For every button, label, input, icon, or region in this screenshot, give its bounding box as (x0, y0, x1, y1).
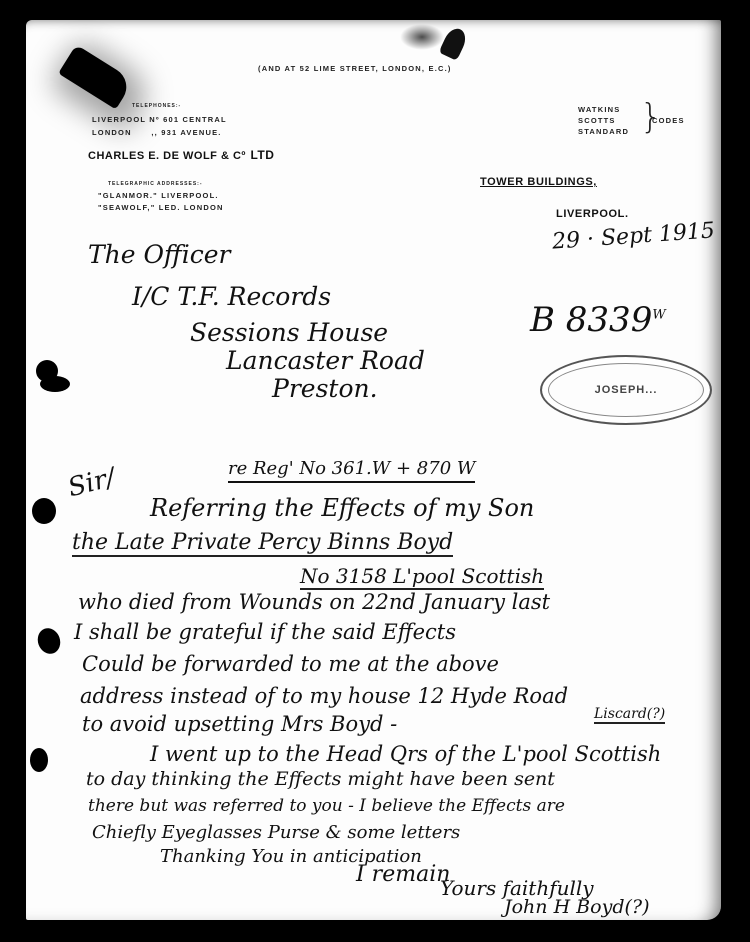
signature: John H Boyd(?) (504, 896, 650, 918)
reference-number: B 8339W (530, 300, 666, 340)
recipient-line: Sessions House (190, 318, 388, 347)
code-item: SCOTTS (578, 115, 629, 126)
letter-line: there but was referred to you - I believ… (88, 796, 565, 816)
letter-line: the Late Private Percy Binns Boyd (72, 530, 453, 555)
company-name: CHARLES E. DE WOLF & Cº LTD (88, 148, 275, 162)
city-name: LIVERPOOL. (556, 208, 629, 220)
letter-line: I shall be grateful if the said Effects (74, 620, 456, 644)
telephone-block: TELEPHONES:- LIVERPOOL Nº 601 CENTRAL LO… (92, 100, 227, 139)
letter-line-text: the Late Private Percy Binns Boyd (72, 530, 453, 557)
binder-hole (30, 748, 48, 772)
recipient-line: The Officer (88, 240, 230, 269)
telegraphic-liverpool: "GLANMOR." LIVERPOOL. (98, 190, 224, 202)
telephone-liverpool: LIVERPOOL Nº 601 CENTRAL (92, 113, 227, 126)
telephone-label: TELEPHONES:- (132, 100, 227, 113)
letter-line: address instead of to my house 12 Hyde R… (80, 684, 568, 708)
letter-line: Referring the Effects of my Son (150, 494, 534, 522)
telegraphic-london: "SEAWOLF," LED. LONDON (98, 202, 224, 214)
letter-line-text: No 3158 L'pool Scottish (300, 564, 544, 590)
closing-remain: I remain (356, 862, 450, 887)
letter-line: who died from Wounds on 22nd January las… (78, 590, 550, 614)
reference-suffix: W (652, 308, 665, 323)
reference-number-text: B 8339 (530, 300, 652, 340)
code-item: WATKINS (578, 104, 629, 115)
stain (400, 24, 444, 50)
binder-hole (32, 498, 56, 524)
london-address: (AND AT 52 LIME STREET, LONDON, E.C.) (258, 64, 452, 73)
codes-label: CODES (652, 116, 685, 125)
telephone-london: LONDON ,, 931 AVENUE. (92, 126, 227, 139)
codes-list: WATKINS SCOTTS STANDARD (578, 104, 629, 137)
code-item: STANDARD (578, 126, 629, 137)
recipient-line: Preston. (272, 374, 378, 403)
company-name-text: CHARLES E. DE WOLF & Cº (88, 150, 246, 162)
letter-line: No 3158 L'pool Scottish (300, 564, 544, 588)
letter-line: Could be forwarded to me at the above (82, 652, 499, 676)
binder-hole (40, 376, 70, 392)
telegraphic-label: TELEGRAPHIC ADDRESSES:- (108, 178, 224, 190)
letter-line: to avoid upsetting Mrs Boyd - (82, 712, 397, 736)
letter-line: Chiefly Eyeglasses Purse & some letters (92, 822, 460, 843)
received-stamp: JOSEPH... (540, 355, 712, 425)
company-suffix: LTD (249, 148, 275, 162)
letter-line: to day thinking the Effects might have b… (86, 768, 555, 790)
recipient-line: Lancaster Road (226, 346, 425, 375)
telegraphic-block: TELEGRAPHIC ADDRESSES:- "GLANMOR." LIVER… (98, 178, 224, 214)
address-annotation: Liscard(?) (594, 706, 665, 724)
building-name: TOWER BUILDINGS, (480, 176, 597, 188)
recipient-line: I/C T.F. Records (132, 282, 331, 311)
regimental-reference: re Reg' No 361.W + 870 W (228, 458, 475, 483)
letter-line: I went up to the Head Qrs of the L'pool … (150, 742, 661, 766)
